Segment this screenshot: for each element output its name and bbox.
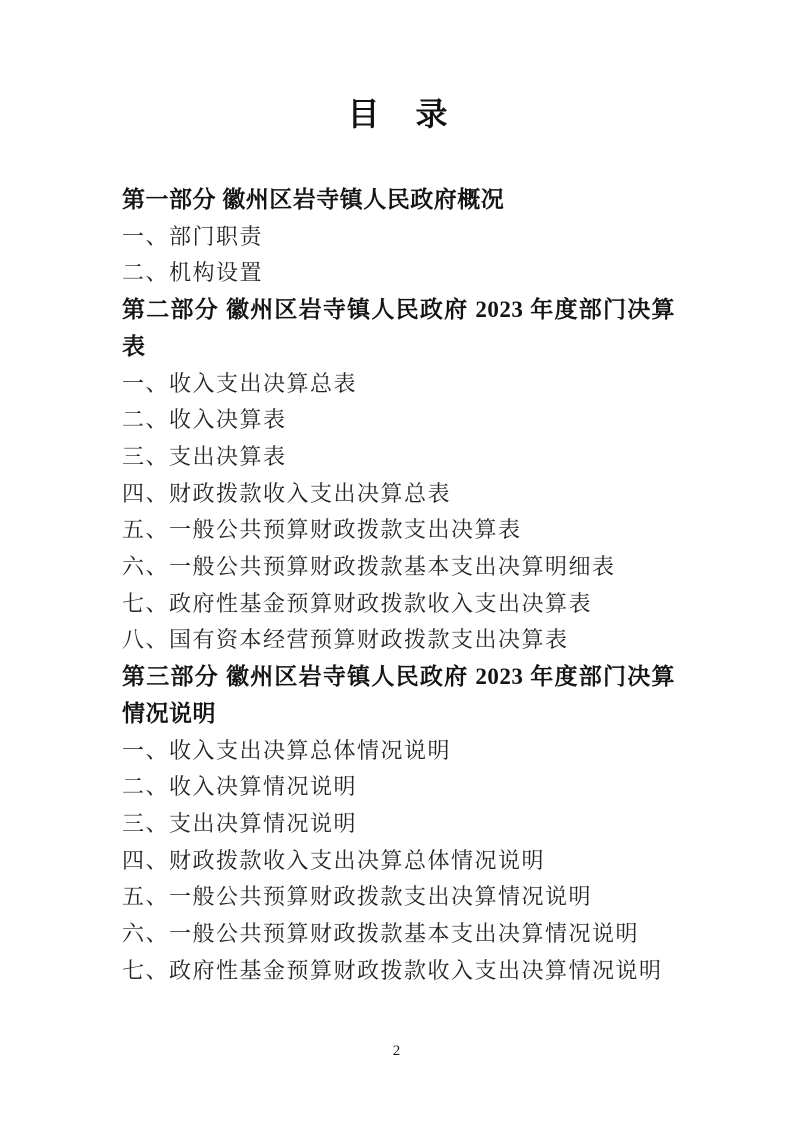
toc-item: 一、收入支出决算总体情况说明 bbox=[122, 733, 675, 770]
toc-item: 二、机构设置 bbox=[122, 255, 675, 292]
page-title: 目 录 bbox=[122, 94, 675, 134]
document-page: 目 录 第一部分 徽州区岩寺镇人民政府概况 一、部门职责 二、机构设置 第二部分… bbox=[0, 0, 793, 1122]
toc-item: 一、收入支出决算总表 bbox=[122, 366, 675, 403]
toc-section-heading: 第三部分 徽州区岩寺镇人民政府 2023 年度部门决算情况说明 bbox=[122, 659, 675, 732]
toc-item: 四、财政拨款收入支出决算总体情况说明 bbox=[122, 843, 675, 880]
toc-item: 六、一般公共预算财政拨款基本支出决算情况说明 bbox=[122, 916, 675, 953]
toc-section-heading: 第二部分 徽州区岩寺镇人民政府 2023 年度部门决算表 bbox=[122, 292, 675, 365]
toc-item: 五、一般公共预算财政拨款支出决算表 bbox=[122, 512, 675, 549]
toc-item: 二、收入决算情况说明 bbox=[122, 769, 675, 806]
toc-item: 七、政府性基金预算财政拨款收入支出决算情况说明 bbox=[122, 953, 675, 990]
toc-item: 三、支出决算情况说明 bbox=[122, 806, 675, 843]
toc-item: 三、支出决算表 bbox=[122, 439, 675, 476]
toc-item: 五、一般公共预算财政拨款支出决算情况说明 bbox=[122, 879, 675, 916]
toc-item: 七、政府性基金预算财政拨款收入支出决算表 bbox=[122, 586, 675, 623]
toc-section-heading: 第一部分 徽州区岩寺镇人民政府概况 bbox=[122, 182, 675, 219]
toc-item: 二、收入决算表 bbox=[122, 402, 675, 439]
toc-item: 八、国有资本经营预算财政拨款支出决算表 bbox=[122, 622, 675, 659]
toc-item: 六、一般公共预算财政拨款基本支出决算明细表 bbox=[122, 549, 675, 586]
toc-item: 四、财政拨款收入支出决算总表 bbox=[122, 476, 675, 513]
toc-item: 一、部门职责 bbox=[122, 219, 675, 256]
table-of-contents: 第一部分 徽州区岩寺镇人民政府概况 一、部门职责 二、机构设置 第二部分 徽州区… bbox=[122, 182, 675, 989]
page-number: 2 bbox=[0, 1042, 793, 1060]
